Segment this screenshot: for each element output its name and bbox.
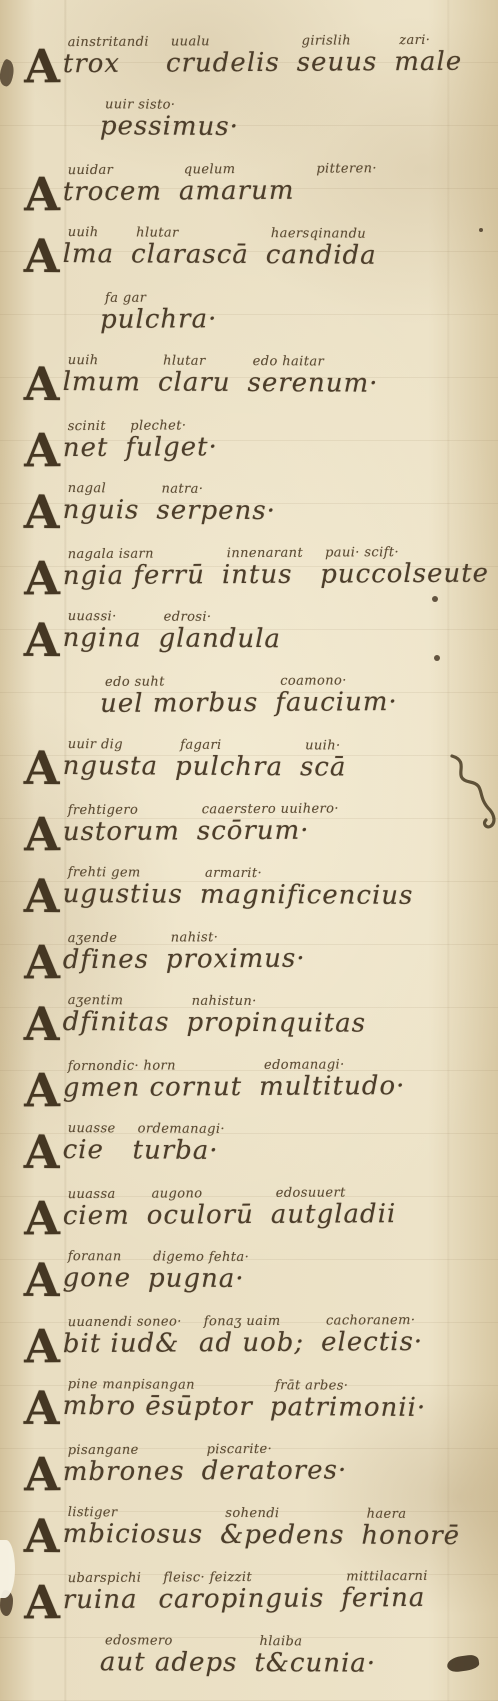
glossary-entry: Aaʒentimdfinitasnahistun·propinquitas (0, 971, 498, 1038)
lemma-text: net (63, 435, 109, 461)
lemma-text: autgladii (271, 1201, 397, 1228)
gloss-lemma-pair: uuassi·ngina (63, 610, 142, 651)
gloss-lemma-pair: scinitnet (63, 420, 109, 461)
gloss-lemma-pair: cachoranem·electis· (321, 1314, 423, 1355)
gloss-lemma-pair: hlutarclarascā (131, 227, 249, 268)
lemma-text: deratores· (202, 1457, 348, 1484)
lemma-text: caropinguis (158, 1586, 324, 1613)
lemma-text: honorē (361, 1523, 460, 1550)
lemma-text: serenum· (247, 370, 378, 397)
gloss-lemma-pair: uuih·scā (300, 740, 347, 781)
lemma-text: &pedens (220, 1522, 344, 1549)
gloss-lemma-pair: uuir sisto·pessimus· (100, 99, 239, 140)
interlinear-gloss: pitteren· (316, 163, 377, 177)
lemma-text: claru (158, 370, 231, 396)
lemma-text: scōrum· (197, 817, 339, 844)
glossary-entry: Auuanendi soneo·bit iud&fonaʒ uaimad uob… (0, 1290, 498, 1357)
glossary-entry: Apisanganembronespiscarite·deratores· (0, 1418, 498, 1485)
gloss-lemma-pair: uuassecie (63, 1122, 116, 1163)
lemma-text: trox (63, 51, 149, 78)
lemma-text: propinquitas (186, 1010, 366, 1037)
lemma-text: ruina (63, 1587, 142, 1613)
lemma-text: mbrones (63, 1458, 185, 1485)
lemma-text: pessimus· (100, 113, 239, 140)
gloss-lemma-pair: aʒentimdfinitas (63, 994, 170, 1035)
lemma-text (311, 177, 377, 203)
glossary-entry: Auuassi·nginaedrosi·glandula (0, 587, 498, 654)
gloss-lemma-pair: fonaʒ uaimad uob; (199, 1315, 304, 1356)
gloss-lemma-pair: edrosi·glandula (158, 611, 281, 652)
lemma-text: lma (63, 241, 115, 267)
gloss-lemma-pair: frehti gemugustius (63, 866, 184, 907)
glossary-entry: Auuassaciemaugonooculorūedosuuertautglad… (0, 1162, 498, 1229)
glossary-entry: Apine manpisanganmbro ēsūptorfrāt arbes·… (0, 1355, 498, 1422)
glossary-entry: Auuir digngustafagaripulchrauuih·scā (0, 715, 498, 782)
ink-dot (479, 228, 483, 232)
lemma-text: ferina (341, 1585, 428, 1612)
gloss-lemma-pair: hlutarclaru (158, 355, 231, 396)
gloss-lemma-pair: uuihlma (63, 226, 115, 267)
initial-letter: A (24, 368, 63, 401)
gloss-lemma-pair: augonooculorū (147, 1187, 254, 1228)
gloss-lemma-pair: haerahonorē (361, 1508, 460, 1549)
lemma-text: serpens· (156, 498, 276, 525)
lemma-text: clarascā (131, 241, 249, 268)
lemma-text: gone (63, 1265, 132, 1291)
initial-letter: A (24, 1136, 63, 1169)
glossary-entry: Ascinitnetplechet·fulget· (0, 394, 498, 461)
gloss-lemma-pair: natra·serpens· (156, 483, 276, 524)
gloss-lemma-pair: uualucrudelis (166, 35, 280, 76)
gloss-lemma-pair: mittilacarniferina (341, 1570, 428, 1611)
lemma-text: aut adeps (100, 1649, 238, 1676)
lemma-text: pulchra· (100, 306, 217, 333)
gloss-lemma-pair: uuanendi soneo·bit iud& (63, 1316, 182, 1357)
gloss-lemma-pair: ordemanagi·turba· (132, 1123, 224, 1164)
initial-letter: A (24, 1264, 63, 1297)
gloss-lemma-pair: digemo fehta·pugna· (148, 1251, 249, 1292)
glossary-entry: Auuassecieordemanagi·turba· (0, 1099, 498, 1166)
lemma-text: trocem (63, 179, 162, 206)
lemma-text: male (394, 49, 462, 75)
gloss-lemma-pair: sohendi&pedens (220, 1507, 345, 1548)
lemma-text: mbro ēsūptor (63, 1393, 253, 1420)
lemma-text: ngusta (63, 753, 159, 779)
gloss-lemma-pair: nagala isarnngia ferrū (63, 548, 205, 590)
lemma-text: bit iud& (63, 1330, 182, 1357)
gloss-lemma-pair: coamono·faucium· (275, 674, 398, 715)
gloss-lemma-pair: armarit·magnificencius (200, 867, 414, 909)
gloss-lemma-pair: caaerstero uuihero·scōrum· (197, 803, 339, 845)
lemma-text: dfinitas (63, 1009, 170, 1036)
lemma-text: turba· (132, 1137, 224, 1163)
glossary-entry: Auuihlmumhlutarclaruedo haitarserenum· (0, 331, 498, 398)
lemma-text: faucium· (275, 689, 398, 716)
glossary-entry: Aubarspichiruinafleisc· feizzitcaropingu… (0, 1546, 498, 1613)
glossary-entry: Anagala isarnngia ferrūinnenarantintuspa… (0, 522, 498, 589)
glossary-entry: Afrehti gemugustiusarmarit·magnificenciu… (0, 843, 498, 910)
glossary-entry: Aainstritanditroxuualucrudelisgirislihse… (0, 10, 498, 77)
glossary-entry: uuir sisto·pessimus· (0, 75, 498, 142)
initial-letter: A (24, 1520, 63, 1553)
lemma-text: pulchra (175, 754, 283, 781)
glossary-entry: Alistigermbiciosussohendi&pedenshaerahon… (0, 1483, 498, 1550)
glossary-entry: fa garpulchra· (0, 266, 498, 333)
lemma-text: intus (222, 562, 303, 588)
gloss-lemma-pair: zari·male (394, 34, 462, 75)
gloss-lemma-pair: frehtigeroustorum (63, 804, 180, 845)
ink-dot (434, 655, 440, 661)
gloss-lemma-pair: foranangone (63, 1250, 132, 1291)
gloss-lemma-pair: edo haitarserenum· (247, 355, 378, 396)
gloss-lemma-pair: uuidartrocem (63, 164, 162, 205)
initial-letter: A (24, 1008, 63, 1041)
initial-letter: A (24, 240, 63, 273)
lemma-text: pugna· (148, 1265, 249, 1292)
gloss-lemma-pair: fleisc· feizzitcaropinguis (158, 1571, 324, 1613)
gloss-lemma-pair: ainstritanditrox (63, 36, 149, 77)
gloss-lemma-pair: frāt arbes·patrimonii· (270, 1379, 427, 1420)
glossary-entry: Anagalnguisnatra·serpens· (0, 459, 498, 526)
lemma-text: lmum (63, 369, 142, 395)
lemma-text: amarum (179, 178, 295, 205)
lemma-text: dfines (63, 947, 149, 974)
gloss-lemma-pair: edosuuertautgladii (271, 1186, 397, 1227)
lemma-text: electis· (321, 1329, 423, 1356)
lemma-text: multitudo· (259, 1073, 405, 1100)
gloss-lemma-pair: uuassaciem (63, 1188, 130, 1229)
lemma-text: ciem (63, 1203, 130, 1229)
gloss-lemma-pair: nahistun·propinquitas (186, 995, 366, 1037)
gloss-lemma-pair: hlaibat&cunia· (254, 1635, 376, 1676)
glossary-entry: Auuihlmahlutarclarascāhaersqinanducandid… (0, 203, 498, 270)
lemma-text: glandula (158, 626, 281, 653)
gloss-lemma-pair: fagaripulchra (175, 739, 283, 780)
manuscript-page: Aainstritanditroxuualucrudelisgirislihse… (0, 0, 498, 1701)
gloss-lemma-pair: pine manpisanganmbro ēsūptor (63, 1378, 254, 1420)
lemma-text: ngia ferrū (63, 562, 205, 589)
gloss-lemma-pair: edosmeroaut adeps (100, 1635, 238, 1676)
entries: Aainstritanditroxuualucrudelisgirislihse… (0, 12, 498, 1676)
gloss-lemma-pair: piscarite·deratores· (202, 1443, 348, 1485)
initial-letter: A (24, 752, 63, 785)
glossary-entry: Aaʒendedfinesnahist·proximus· (0, 906, 498, 973)
gloss-lemma-pair: uuir digngusta (63, 738, 159, 779)
lemma-text: gmen cornut (63, 1074, 242, 1101)
gloss-lemma-pair: pitteren· (311, 163, 377, 204)
gloss-lemma-pair: quelumamarum (179, 163, 295, 204)
lemma-text: t&cunia· (254, 1650, 376, 1677)
gloss-lemma-pair: plechet·fulget· (125, 420, 218, 461)
initial-letter: A (24, 624, 63, 657)
lemma-text: ugustius (63, 881, 183, 908)
lemma-text: patrimonii· (270, 1394, 426, 1421)
pen-flourish-icon (446, 752, 498, 832)
gloss-lemma-pair: uuihlmum (63, 354, 142, 395)
lemma-text: scā (300, 754, 347, 780)
lemma-text: proximus· (166, 946, 306, 973)
gloss-lemma-pair: fornondic· horngmen cornut (63, 1059, 243, 1101)
glossary-entry: Aforanangonedigemo fehta·pugna· (0, 1227, 498, 1294)
lemma-text: candida (266, 242, 377, 269)
lemma-text: oculorū (147, 1202, 254, 1229)
gloss-lemma-pair: innenarantintus (222, 547, 304, 588)
gloss-lemma-pair: pisanganembrones (63, 1444, 185, 1485)
glossary-entry: edosmeroaut adepshlaibat&cunia· (0, 1611, 498, 1678)
initial-letter: A (24, 496, 63, 529)
gloss-lemma-pair: girislihseuus (297, 35, 378, 76)
gloss-lemma-pair: ubarspichiruina (63, 1572, 142, 1613)
lemma-text: nguis (63, 497, 140, 523)
lemma-text: uel morbus (100, 690, 258, 717)
glossary-entry: Auuidartrocemquelumamarumpitteren· (0, 138, 498, 205)
gloss-lemma-pair: listigermbiciosus (63, 1506, 204, 1547)
lemma-text: magnificencius (200, 882, 414, 909)
gloss-lemma-pair: nahist·proximus· (166, 931, 306, 972)
lemma-text: fulget· (125, 434, 218, 461)
glossary-entry: edo suhtuel morbuscoamono·faucium· (0, 650, 498, 717)
initial-letter: A (24, 880, 63, 913)
glossary-entry: Afornondic· horngmen cornutedomanagi·mul… (0, 1034, 498, 1101)
gloss-lemma-pair: nagalnguis (63, 482, 140, 523)
gloss-lemma-pair: fa garpulchra· (100, 292, 217, 333)
gloss-lemma-pair: edo suhtuel morbus (100, 675, 258, 717)
lemma-text: mbiciosus (63, 1521, 204, 1548)
lemma-text: seuus (297, 49, 378, 75)
initial-letter: A (24, 1392, 63, 1425)
gloss-lemma-pair: haersqinanducandida (266, 227, 377, 268)
lemma-text: cie (63, 1137, 116, 1163)
lemma-text: ngina (63, 625, 142, 651)
lemma-text: ustorum (63, 818, 180, 845)
ink-dot (432, 596, 438, 602)
lemma-text: puccolseute (320, 561, 489, 588)
gloss-lemma-pair: edomanagi·multitudo· (259, 1058, 405, 1100)
gloss-lemma-pair: paui· scift·puccolseute (320, 546, 489, 588)
glossary-entry: Afrehtigeroustorumcaaerstero uuihero·scō… (0, 778, 498, 845)
lemma-text: crudelis (166, 50, 280, 77)
gloss-lemma-pair: aʒendedfines (63, 932, 149, 973)
lemma-text: ad uob; (199, 1330, 304, 1357)
